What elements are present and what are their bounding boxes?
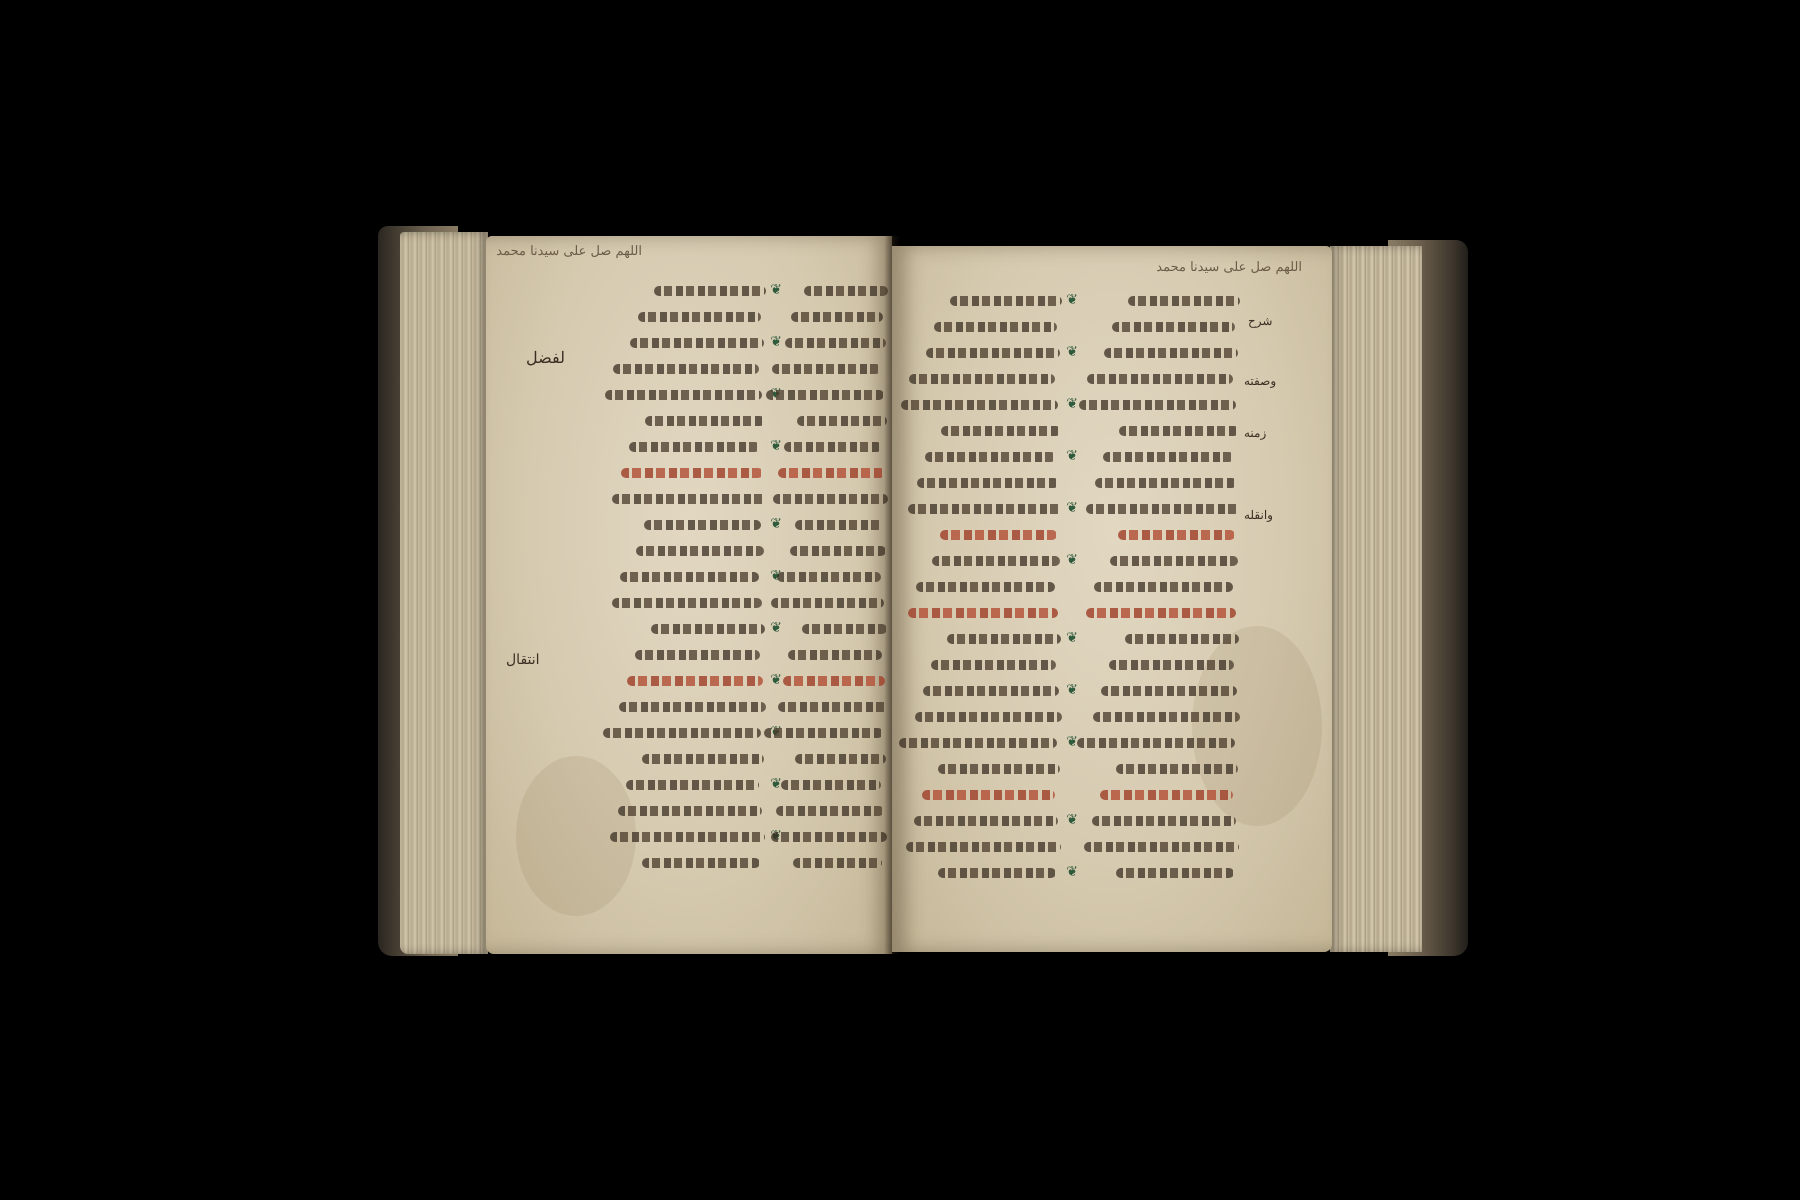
rubric-text [1118, 530, 1235, 540]
trefoil-marker-icon: ❦ [1064, 632, 1078, 644]
text-line [606, 642, 766, 668]
handwritten-text [914, 816, 1058, 826]
text-line [768, 330, 888, 356]
handwritten-text [785, 338, 886, 348]
text-line [1080, 626, 1240, 652]
handwritten-text [906, 842, 1061, 852]
text-line [606, 460, 766, 486]
handwritten-text [1086, 504, 1240, 514]
handwritten-text [795, 754, 886, 764]
handwritten-text [1095, 478, 1237, 488]
margin-note: شرح [1248, 314, 1272, 328]
text-line: ❦ [606, 772, 766, 798]
handwritten-text [916, 582, 1055, 592]
rubric-text [1100, 790, 1233, 800]
handwritten-text [638, 312, 761, 322]
handwritten-text [773, 494, 888, 504]
text-line [1080, 366, 1240, 392]
handwritten-text [938, 764, 1060, 774]
text-line: ❦ [902, 548, 1062, 574]
left-page-column-1: ❦❦❦❦❦❦❦❦❦❦❦ [606, 278, 766, 876]
trefoil-marker-icon: ❦ [1064, 502, 1078, 514]
handwritten-text [1079, 400, 1236, 410]
text-line [1080, 678, 1240, 704]
text-line [1080, 392, 1240, 418]
text-line [768, 434, 888, 460]
rubric-text [627, 676, 763, 686]
handwritten-text [612, 494, 766, 504]
handwritten-text [778, 702, 888, 712]
left-page-edges [400, 232, 488, 954]
text-line [768, 382, 888, 408]
handwritten-text [802, 624, 887, 634]
handwritten-text [915, 712, 1062, 722]
text-line [902, 652, 1062, 678]
handwritten-text [654, 286, 766, 296]
rubric-text [908, 608, 1058, 618]
text-line [606, 538, 766, 564]
handwritten-text [766, 390, 884, 400]
text-line: ❦ [606, 824, 766, 850]
text-line: ❦ [902, 496, 1062, 522]
right-page-header: اللهم صل على سيدنا محمد [1156, 260, 1302, 275]
trefoil-marker-icon: ❦ [1064, 554, 1078, 566]
handwritten-text [908, 504, 1062, 514]
handwritten-text [635, 650, 760, 660]
text-line [606, 486, 766, 512]
trefoil-marker-icon: ❦ [1064, 294, 1078, 306]
handwritten-text [612, 598, 762, 608]
handwritten-text [636, 546, 764, 556]
margin-note: وصفته [1244, 374, 1276, 388]
left-page: اللهم صل على سيدنا محمد ❦❦❦❦❦❦❦❦❦❦❦ لفضل… [486, 236, 892, 954]
handwritten-text [776, 806, 884, 816]
handwritten-text [941, 426, 1061, 436]
text-line: ❦ [606, 668, 766, 694]
handwritten-text [764, 728, 883, 738]
text-line [1080, 860, 1240, 886]
handwritten-text [603, 728, 761, 738]
text-line [768, 590, 888, 616]
text-line [606, 304, 766, 330]
text-line [1080, 288, 1240, 314]
handwritten-text [931, 660, 1056, 670]
text-line [902, 418, 1062, 444]
trefoil-marker-icon: ❦ [1064, 398, 1078, 410]
text-line [768, 408, 888, 434]
text-line [768, 460, 888, 486]
text-line [1080, 548, 1240, 574]
handwritten-text [618, 806, 762, 816]
handwritten-text [1094, 582, 1233, 592]
text-line: ❦ [606, 512, 766, 538]
text-line: ❦ [606, 720, 766, 746]
handwritten-text [642, 858, 760, 868]
text-line: ❦ [606, 434, 766, 460]
text-line [902, 366, 1062, 392]
handwritten-text [923, 686, 1059, 696]
handwritten-text [899, 738, 1057, 748]
handwritten-text [1101, 686, 1237, 696]
handwritten-text [1112, 322, 1235, 332]
text-line [1080, 600, 1240, 626]
text-line [902, 756, 1062, 782]
handwritten-text [630, 338, 764, 348]
handwritten-text [642, 754, 764, 764]
handwritten-text [1109, 660, 1234, 670]
handwritten-text [605, 390, 762, 400]
left-page-header: اللهم صل على سيدنا محمد [496, 244, 642, 259]
text-line: ❦ [902, 392, 1062, 418]
text-line [902, 470, 1062, 496]
trefoil-marker-icon: ❦ [1064, 736, 1078, 748]
text-line [1080, 652, 1240, 678]
rubric-text [621, 468, 763, 478]
text-line [606, 694, 766, 720]
trefoil-marker-icon: ❦ [1064, 814, 1078, 826]
text-line [1080, 574, 1240, 600]
trefoil-marker-icon: ❦ [1064, 346, 1078, 358]
text-line [902, 704, 1062, 730]
handwritten-text [1116, 764, 1238, 774]
text-line [768, 824, 888, 850]
text-line: ❦ [902, 340, 1062, 366]
handwritten-text [1077, 738, 1235, 748]
handwritten-text [645, 416, 765, 426]
handwritten-text [784, 442, 882, 452]
handwritten-text [772, 364, 881, 374]
handwritten-text [626, 780, 759, 790]
text-line [1080, 782, 1240, 808]
text-line [1080, 522, 1240, 548]
text-line [768, 798, 888, 824]
handwritten-text [938, 868, 1056, 878]
text-line [1080, 808, 1240, 834]
handwritten-text [791, 312, 883, 322]
text-line [902, 782, 1062, 808]
text-line: ❦ [606, 564, 766, 590]
handwritten-text [1092, 816, 1236, 826]
handwritten-text [1087, 374, 1233, 384]
text-line [1080, 444, 1240, 470]
text-line [606, 798, 766, 824]
text-line: ❦ [606, 330, 766, 356]
margin-note: وانقله [1244, 508, 1273, 522]
handwritten-text [1125, 634, 1239, 644]
margin-note: زمنه [1244, 426, 1266, 440]
handwritten-text [620, 572, 759, 582]
handwritten-text [629, 442, 760, 452]
handwritten-text [797, 416, 887, 426]
text-line [606, 746, 766, 772]
text-line [1080, 834, 1240, 860]
trefoil-marker-icon: ❦ [1064, 866, 1078, 878]
handwritten-text [1116, 868, 1234, 878]
text-line: ❦ [606, 278, 766, 304]
handwritten-text [1104, 348, 1238, 358]
text-line [768, 512, 888, 538]
text-line: ❦ [902, 678, 1062, 704]
text-line [1080, 418, 1240, 444]
handwritten-text [771, 598, 884, 608]
margin-note: انتقال [506, 652, 540, 668]
text-line: ❦ [902, 860, 1062, 886]
handwritten-text [932, 556, 1060, 566]
handwritten-text [950, 296, 1062, 306]
handwritten-text [795, 520, 883, 530]
text-line [768, 772, 888, 798]
handwritten-text [644, 520, 761, 530]
text-line [1080, 704, 1240, 730]
text-line [606, 850, 766, 876]
text-line: ❦ [606, 616, 766, 642]
text-line: ❦ [902, 730, 1062, 756]
right-page-edges [1330, 246, 1422, 952]
trefoil-marker-icon: ❦ [1064, 684, 1078, 696]
handwritten-text [901, 400, 1058, 410]
handwritten-text [1119, 426, 1239, 436]
text-line [606, 408, 766, 434]
manuscript-book: اللهم صل على سيدنا محمد ❦❦❦❦❦❦❦❦❦❦❦ لفضل… [0, 0, 1800, 1200]
text-line [768, 642, 888, 668]
text-line [768, 746, 888, 772]
handwritten-text [1093, 712, 1240, 722]
text-line: ❦ [606, 382, 766, 408]
handwritten-text [610, 832, 765, 842]
left-page-column-2 [768, 278, 888, 876]
handwritten-text [788, 650, 882, 660]
text-line [902, 834, 1062, 860]
text-line [902, 574, 1062, 600]
handwritten-text [1110, 556, 1238, 566]
handwritten-text [619, 702, 766, 712]
text-line [902, 600, 1062, 626]
text-line: ❦ [902, 444, 1062, 470]
handwritten-text [777, 572, 881, 582]
text-line [768, 616, 888, 642]
handwritten-text [1103, 452, 1234, 462]
text-line [768, 850, 888, 876]
text-line: ❦ [902, 288, 1062, 314]
text-line [768, 668, 888, 694]
rubric-text [940, 530, 1057, 540]
text-line [1080, 470, 1240, 496]
handwritten-text [771, 832, 887, 842]
text-line [768, 564, 888, 590]
text-line [768, 356, 888, 382]
text-line [1080, 340, 1240, 366]
rubric-text [783, 676, 885, 686]
right-page-column-1: ❦❦❦❦❦❦❦❦❦❦❦ [902, 288, 1062, 886]
text-line: ❦ [902, 626, 1062, 652]
text-line [768, 538, 888, 564]
rubric-text [1086, 608, 1236, 618]
text-line [768, 694, 888, 720]
text-line [1080, 314, 1240, 340]
text-line [902, 522, 1062, 548]
text-line [1080, 496, 1240, 522]
handwritten-text [1128, 296, 1240, 306]
text-line [606, 356, 766, 382]
handwritten-text [781, 780, 881, 790]
text-line [768, 304, 888, 330]
handwritten-text [1084, 842, 1239, 852]
right-page: اللهم صل على سيدنا محمد ❦❦❦❦❦❦❦❦❦❦❦ شرح … [892, 246, 1332, 952]
text-line [768, 486, 888, 512]
handwritten-text [651, 624, 765, 634]
text-line [768, 278, 888, 304]
handwritten-text [947, 634, 1061, 644]
text-line [902, 314, 1062, 340]
trefoil-marker-icon: ❦ [1064, 450, 1078, 462]
text-line [768, 720, 888, 746]
handwritten-text [926, 348, 1060, 358]
margin-note: لفضل [526, 348, 565, 367]
handwritten-text [909, 374, 1055, 384]
text-line: ❦ [902, 808, 1062, 834]
handwritten-text [793, 858, 882, 868]
text-line [1080, 730, 1240, 756]
rubric-text [778, 468, 885, 478]
handwritten-text [925, 452, 1056, 462]
text-line [606, 590, 766, 616]
handwritten-text [934, 322, 1057, 332]
handwritten-text [613, 364, 759, 374]
handwritten-text [804, 286, 888, 296]
handwritten-text [917, 478, 1059, 488]
text-line [1080, 756, 1240, 782]
rubric-text [922, 790, 1055, 800]
handwritten-text [790, 546, 886, 556]
right-page-column-2 [1080, 288, 1240, 886]
